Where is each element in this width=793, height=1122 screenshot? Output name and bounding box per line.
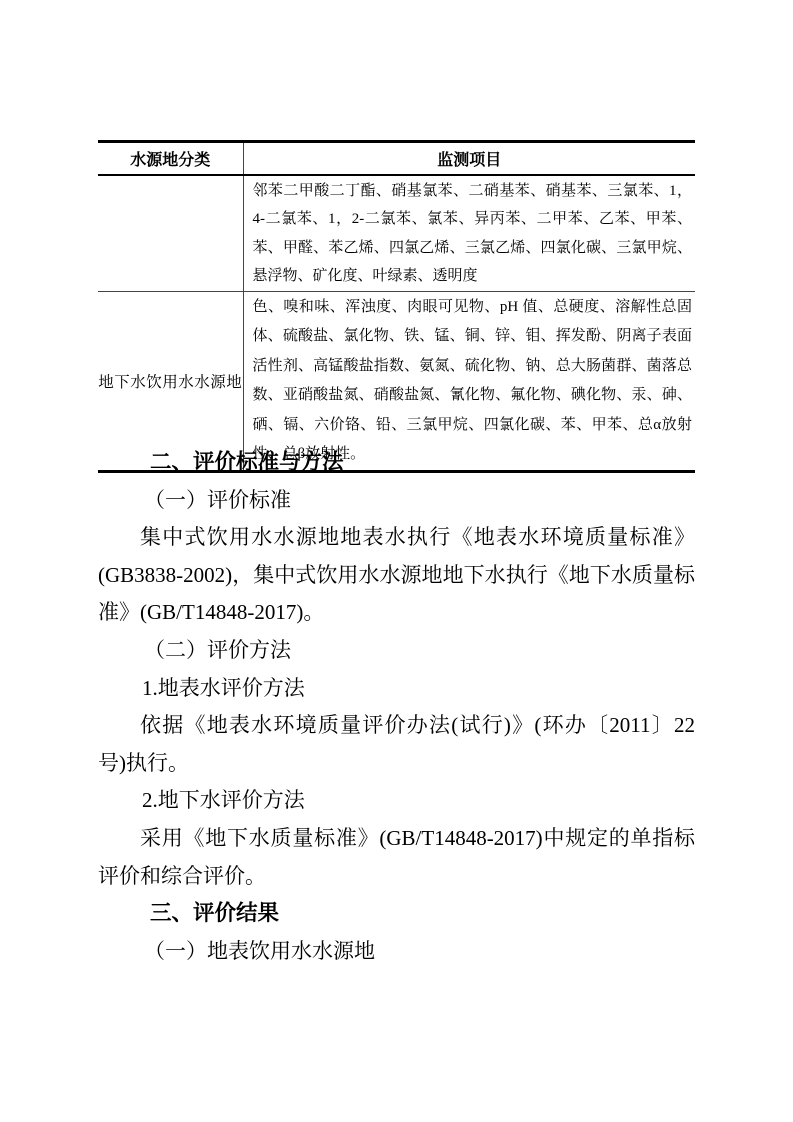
monitoring-items-table: 水源地分类 监测项目 邻苯二甲酸二丁酯、硝基氯苯、二硝基苯、硝基苯、三氯苯、1，… [98,140,695,473]
table-row-surface-water-continued: 邻苯二甲酸二丁酯、硝基氯苯、二硝基苯、硝基苯、三氯苯、1，4-二氯苯、1，2-二… [98,175,695,292]
table-header-category: 水源地分类 [98,142,243,175]
paragraph-evaluation-standard: 集中式饮用水水源地地表水执行《地表水环境质量标准》(GB3838-2002)，集… [98,519,695,632]
section-heading-2: 二、评价标准与方法 [98,444,695,482]
document-page: 水源地分类 监测项目 邻苯二甲酸二丁酯、硝基氯苯、二硝基苯、硝基苯、三氯苯、1，… [0,0,793,1122]
item-title-surface-water-method: 1.地表水评价方法 [98,670,695,708]
items-cell-surface-water: 邻苯二甲酸二丁酯、硝基氯苯、二硝基苯、硝基苯、三氯苯、1，4-二氯苯、1，2-二… [243,175,695,292]
table-header-items: 监测项目 [243,142,695,175]
section-heading-3: 三、评价结果 [98,895,695,933]
subsection-heading-2-2: （二）评价方法 [98,632,695,670]
category-cell-empty [98,175,243,292]
paragraph-surface-water-method: 依据《地表水环境质量评价办法(试行)》(环办〔2011〕22 号)执行。 [98,707,695,782]
table-header-row: 水源地分类 监测项目 [98,142,695,175]
item-title-groundwater-method: 2.地下水评价方法 [98,782,695,820]
document-body: 二、评价标准与方法 （一）评价标准 集中式饮用水水源地地表水执行《地表水环境质量… [98,444,695,970]
monitoring-table-section: 水源地分类 监测项目 邻苯二甲酸二丁酯、硝基氯苯、二硝基苯、硝基苯、三氯苯、1，… [98,140,695,473]
subsection-heading-2-1: （一）评价标准 [98,482,695,520]
subsection-heading-3-1: （一）地表饮用水水源地 [98,933,695,971]
paragraph-groundwater-method: 采用《地下水质量标准》(GB/T14848-2017)中规定的单指标评价和综合评… [98,820,695,895]
